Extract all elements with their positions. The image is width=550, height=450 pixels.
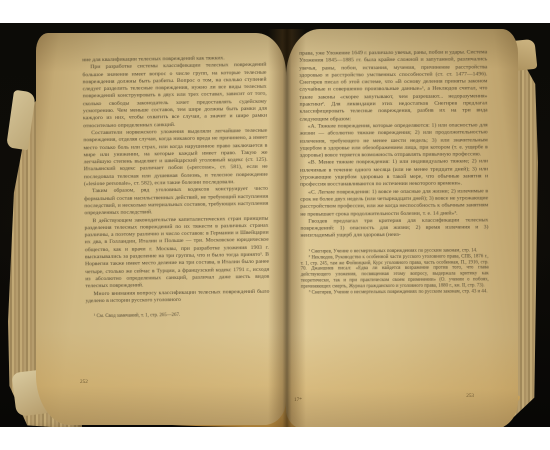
paragraph: «А. Тяжкие повреждения, которые определя… <box>300 122 488 160</box>
white-matte-bottom <box>0 427 550 450</box>
paragraph: «С. Легкие повреждения: 1) вовсе не опас… <box>300 188 488 218</box>
paragraph: «В. Менее тяжкие повреждения: 1) или инд… <box>300 159 488 189</box>
page-number-right: 253 <box>466 393 474 399</box>
white-matte-top <box>0 0 550 23</box>
right-page-text: права, уже Уложение 1649 г. различало ув… <box>299 49 489 296</box>
book-photo: 252 17* 253 ние для квалификации телесны… <box>0 23 550 427</box>
paragraph: В действующем законодательстве капиталис… <box>84 215 269 291</box>
paragraph: Много внимания вопросу классификации тел… <box>85 288 269 305</box>
paragraph: При разработке системы классификации тел… <box>82 62 267 130</box>
right-page-footnotes: ¹ Снегирев, Учение о несмертельных повре… <box>301 248 489 297</box>
paragraph: Гвоздев предлагал три критерия для класс… <box>300 217 488 240</box>
signature-mark: 17* <box>294 397 302 403</box>
paragraph: Составители норвежского уложения выделял… <box>83 128 268 189</box>
footnote: ² Неклюдов, Руководство к особенной част… <box>301 254 489 291</box>
paragraph: права, уже Уложение 1649 г. различало ув… <box>299 49 488 123</box>
page-number-left: 252 <box>80 379 88 385</box>
screenshot-root: 252 17* 253 ние для квалификации телесны… <box>0 0 550 450</box>
left-page-text: ние для квалификации телесных повреждени… <box>82 55 270 321</box>
paragraph: Таким образом, ряд уголовных кодексов ко… <box>84 186 268 218</box>
